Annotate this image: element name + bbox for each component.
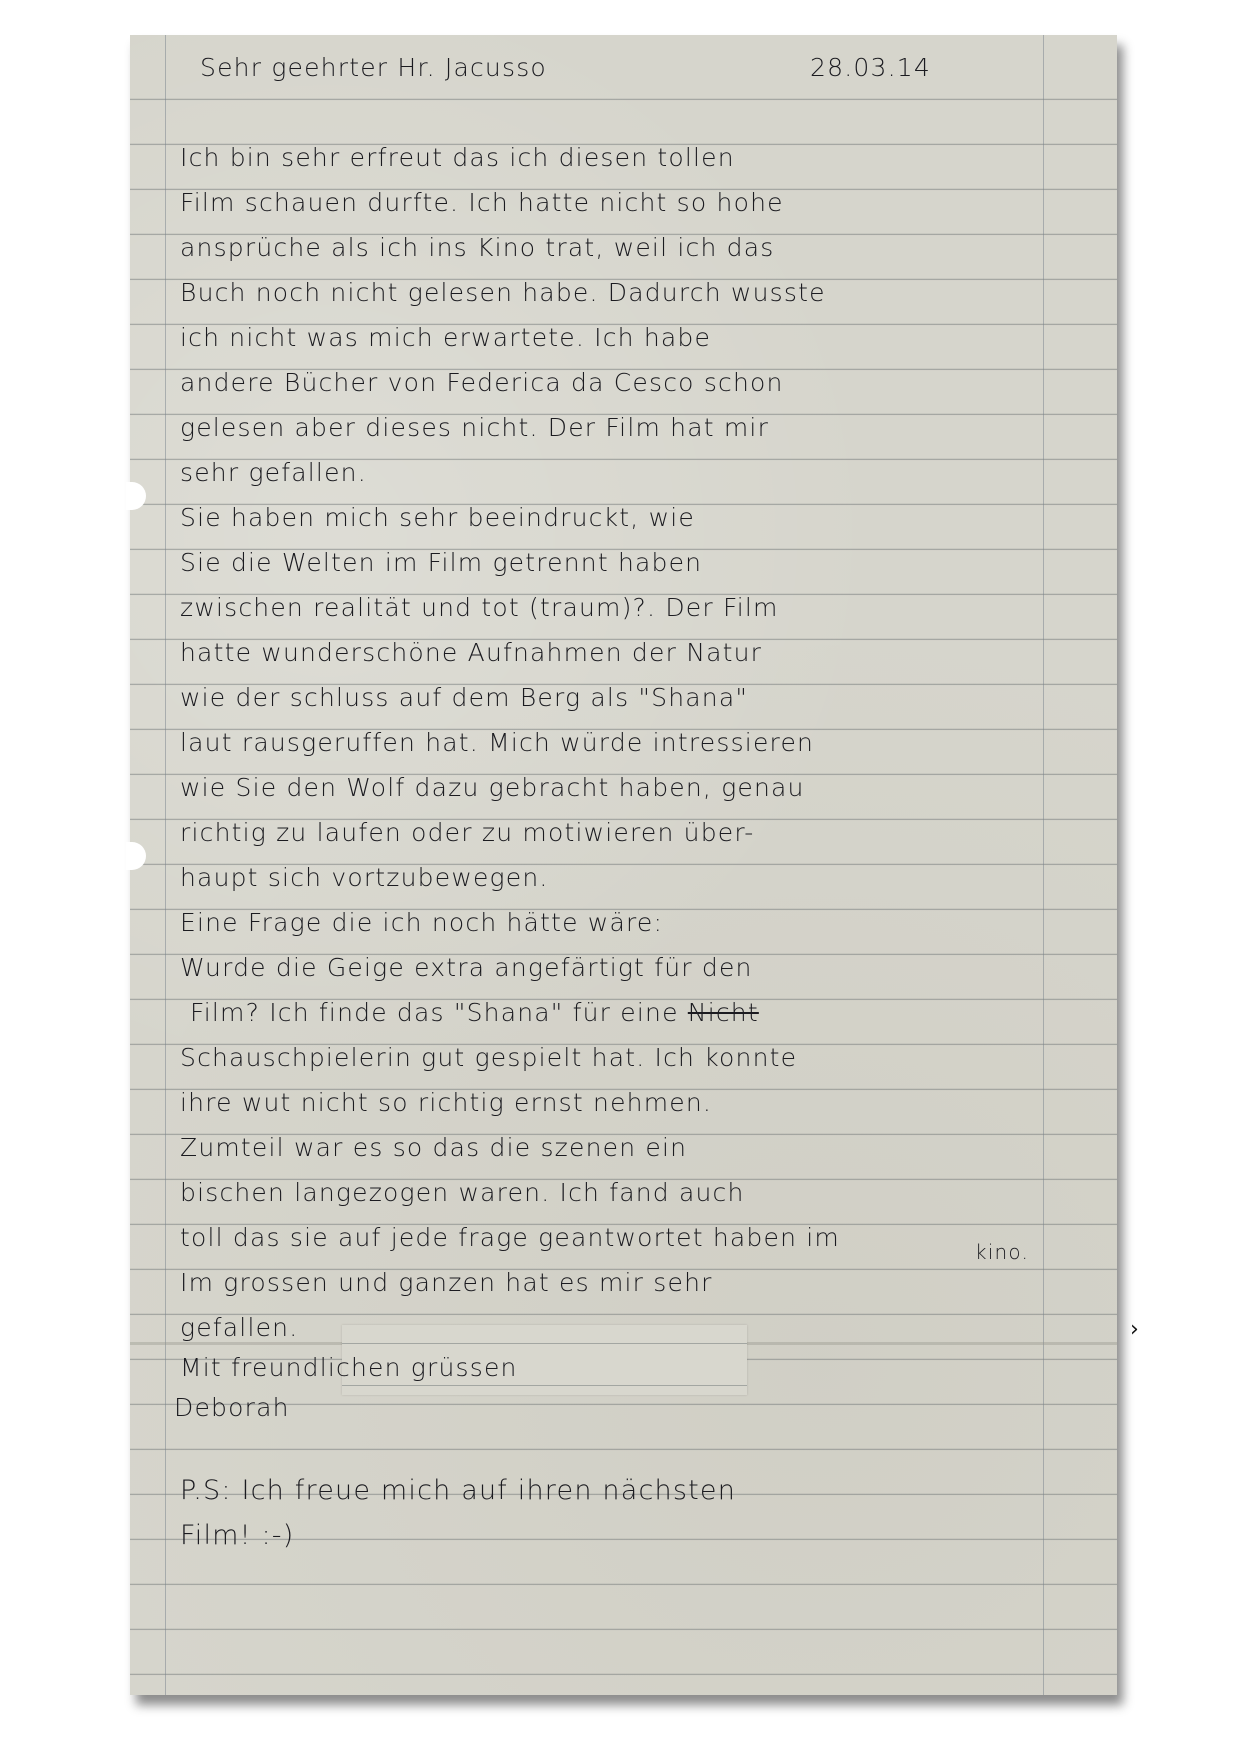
punch-hole-icon (126, 482, 146, 510)
paragraph1-line: ich nicht was mich erwartete. Ich habe (180, 323, 711, 352)
paragraph1-line: sehr gefallen. (180, 458, 367, 487)
patch-rule (342, 1343, 747, 1344)
paragraph2-line: Zumteil war es so das die szenen ein (180, 1133, 687, 1162)
paragraph2-line: hatte wunderschöne Aufnahmen der Natur (180, 638, 762, 667)
paragraph2-line: wie Sie den Wolf dazu gebracht haben, ge… (180, 773, 805, 802)
punch-hole-icon (126, 842, 146, 870)
paragraph2-line: Wurde die Geige extra angefärtigt für de… (180, 953, 753, 982)
paragraph2-line: richtig zu laufen oder zu motiwieren übe… (180, 818, 754, 847)
paragraph1-line: ansprüche als ich ins Kino trat, weil ic… (180, 233, 774, 262)
inserted-word: kino. (975, 1240, 1029, 1264)
paragraph2-line: wie der schluss auf dem Berg als "Shana" (180, 683, 748, 712)
paragraph2-line: Film? Ich finde das "Shana" für eine Nic… (190, 998, 759, 1027)
closing: Mit freundlichen grüssen (180, 1353, 518, 1382)
paragraph2-line: Schauschpielerin gut gespielt hat. Ich k… (180, 1043, 797, 1072)
paragraph1-line: Film schauen durfte. Ich hatte nicht so … (180, 188, 784, 217)
letter-date: 28.03.14 (810, 53, 931, 82)
line-text: Film? Ich finde das "Shana" für eine (190, 998, 688, 1027)
salutation: Sehr geehrter Hr. Jacusso (200, 53, 547, 82)
paragraph2-line: Im grossen und ganzen hat es mir sehr (180, 1268, 713, 1297)
paragraph1-line: Buch noch nicht gelesen habe. Dadurch wu… (180, 278, 826, 307)
paragraph1-line: gelesen aber dieses nicht. Der Film hat … (180, 413, 769, 442)
paragraph2-line: zwischen realität und tot (traum)?. Der … (180, 593, 779, 622)
paragraph2-line: Sie die Welten im Film getrennt haben (180, 548, 702, 577)
paragraph2-line: Sie haben mich sehr beeindruckt, wie (180, 503, 695, 532)
paragraph2-line: gefallen. (180, 1313, 298, 1342)
signature: Deborah (174, 1393, 290, 1422)
right-margin-line (1043, 35, 1044, 1695)
paragraph2-line: Eine Frage die ich noch hätte wäre: (180, 908, 663, 937)
edge-mark: › (1130, 1317, 1139, 1342)
paragraph2-line: bischen langezogen waren. Ich fand auch (180, 1178, 745, 1207)
paragraph2-line: toll das sie auf jede frage geantwortet … (180, 1223, 840, 1252)
paragraph1-line: Ich bin sehr erfreut das ich diesen toll… (180, 143, 735, 172)
ps-line: Film! :-) (180, 1520, 294, 1551)
struck-out-word: Nicht (688, 998, 759, 1027)
left-margin-line (165, 35, 166, 1695)
paragraph1-line: andere Bücher von Federica da Cesco scho… (180, 368, 784, 397)
letter-page: Sehr geehrter Hr. Jacusso 28.03.14 Ich b… (130, 35, 1117, 1695)
paragraph2-line: haupt sich vortzubewegen. (180, 863, 549, 892)
paragraph2-line: laut rausgeruffen hat. Mich würde intres… (180, 728, 814, 757)
patch-rule (342, 1385, 747, 1386)
paragraph2-line: ihre wut nicht so richtig ernst nehmen. (180, 1088, 712, 1117)
ps-line: P.S: Ich freue mich auf ihren nächsten (180, 1475, 736, 1506)
